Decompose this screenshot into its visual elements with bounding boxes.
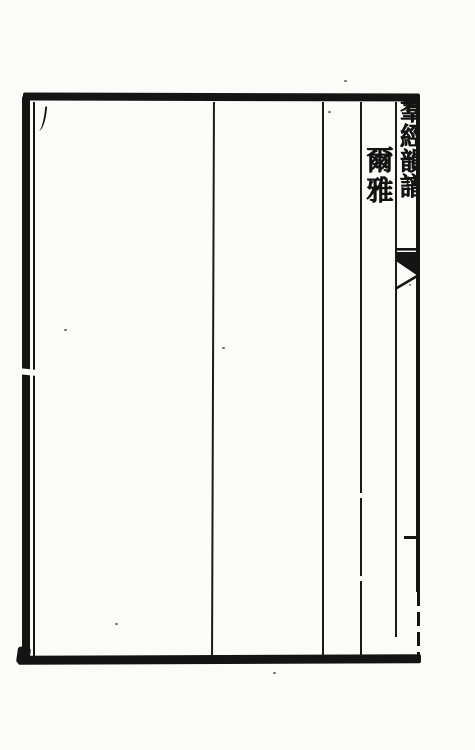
centerfold-rule — [395, 102, 397, 637]
title-char: 譜 — [400, 174, 418, 199]
centerfold-tick-mark — [404, 536, 418, 539]
frame-border-top — [23, 92, 420, 101]
title-char: 羣 — [400, 99, 418, 124]
frame-border-right-broken — [417, 592, 420, 658]
column-rule-3 — [360, 102, 362, 656]
centerfold-book-title: 羣 經 韻 譜 — [400, 99, 418, 201]
frame-border-left-outer — [22, 96, 30, 662]
rule-print-gap — [359, 576, 363, 581]
scan-speck — [115, 623, 118, 625]
heading-char: 雅 — [365, 177, 395, 207]
title-char: 經 — [400, 124, 418, 149]
column-rule-1 — [211, 102, 215, 656]
scan-speck — [222, 347, 225, 349]
frame-corner-bottom-left — [16, 646, 31, 665]
scan-speck — [273, 672, 276, 674]
rule-print-gap — [359, 493, 363, 498]
scan-speck — [64, 329, 67, 331]
title-char: 韻 — [400, 149, 418, 174]
scan-speck — [409, 284, 411, 286]
heading-char: 爾 — [365, 147, 395, 177]
section-heading-erya: 爾 雅 — [365, 147, 395, 207]
frame-border-left-inner — [33, 102, 35, 656]
scanned-book-page: 爾 雅 羣 經 韻 譜 — [0, 0, 475, 750]
column-rule-2 — [322, 102, 324, 656]
scan-speck — [344, 80, 347, 82]
scan-speck — [328, 111, 331, 113]
fishtail-icon — [396, 244, 418, 292]
ink-smudge-artifact — [35, 106, 48, 132]
